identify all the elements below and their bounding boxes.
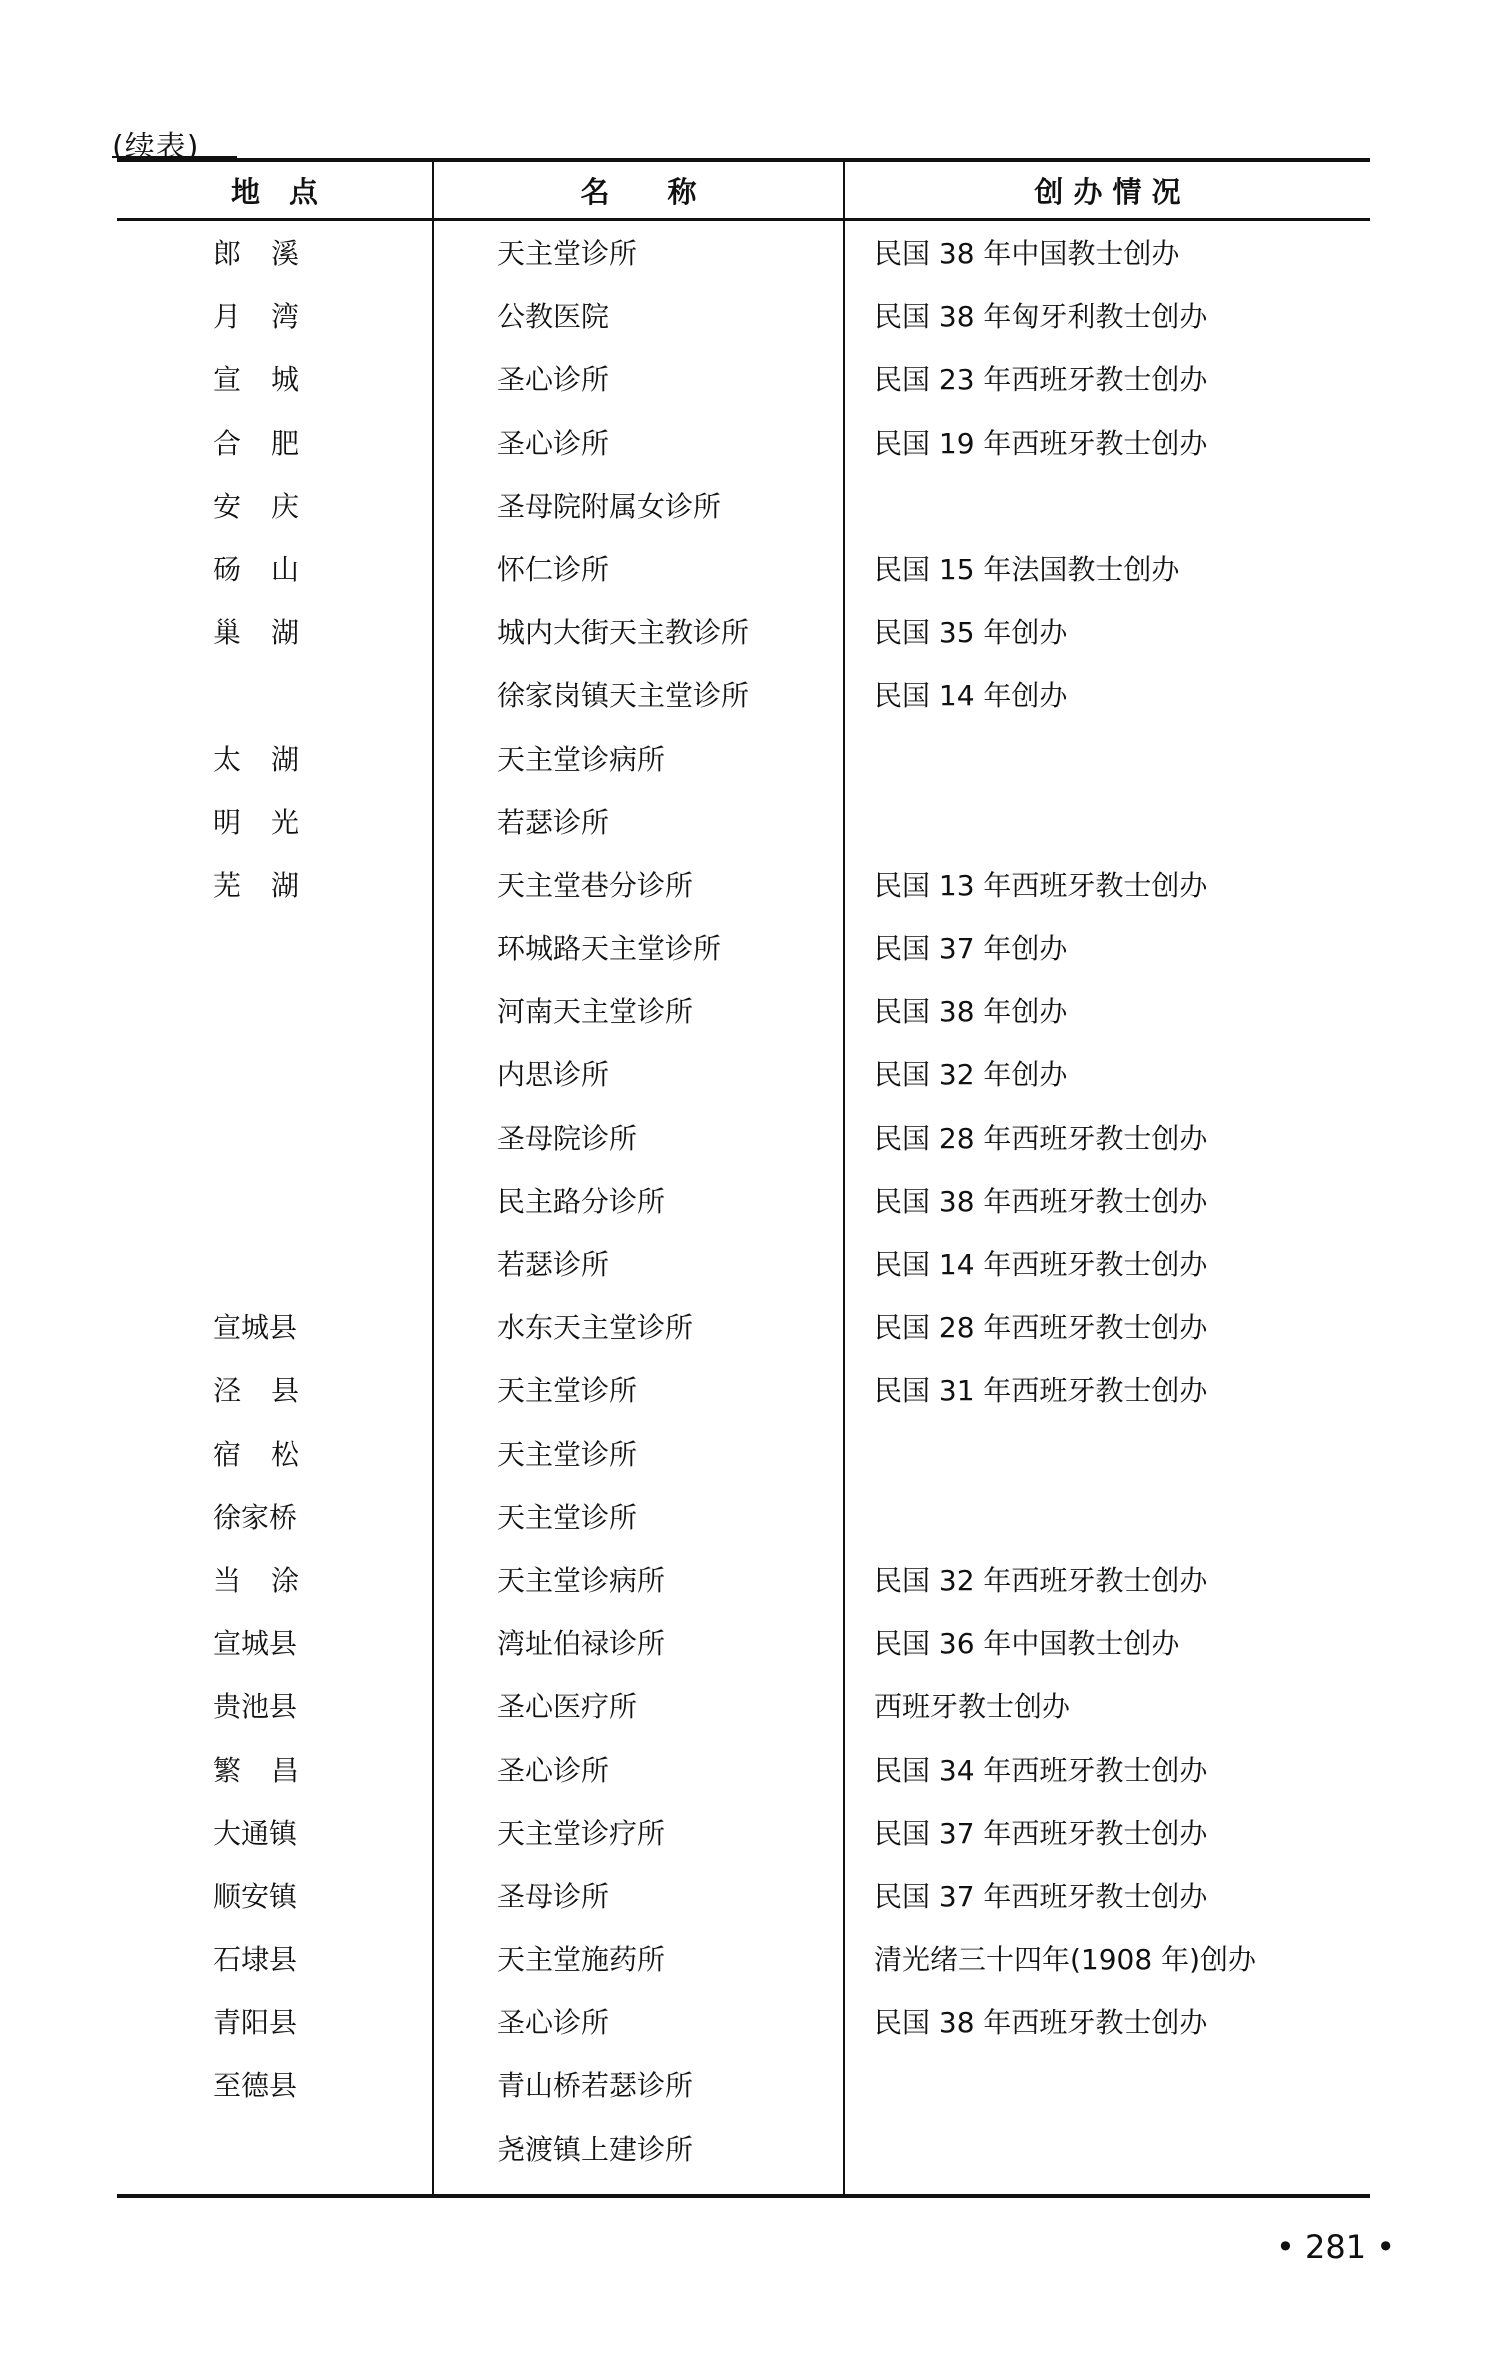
cell-founding: 民国 13 年西班牙教士创办	[874, 870, 1207, 902]
cell-founding: 民国 36 年中国教士创办	[874, 1628, 1179, 1660]
cell-place: 合肥	[213, 428, 433, 460]
cell-name: 圣心诊所	[497, 2007, 609, 2039]
cell-place: 砀山	[213, 554, 433, 586]
cell-place: 太湖	[213, 744, 433, 776]
cell-name: 圣心医疗所	[497, 1691, 637, 1723]
cell-place: 徐家桥	[213, 1502, 433, 1534]
cell-founding: 民国 23 年西班牙教士创办	[874, 364, 1207, 396]
cell-name: 水东天主堂诊所	[497, 1312, 693, 1344]
table-body: 郎溪天主堂诊所民国 38 年中国教士创办月湾公教医院民国 38 年匈牙利教士创办…	[117, 222, 1370, 2181]
table-row: 月湾公教医院民国 38 年匈牙利教士创办	[117, 285, 1370, 348]
cell-place: 宣城县	[213, 1312, 433, 1344]
table-row: 芜湖天主堂巷分诊所民国 13 年西班牙教士创办	[117, 854, 1370, 917]
table-row: 若瑟诊所民国 14 年西班牙教士创办	[117, 1233, 1370, 1296]
table-row: 至德县青山桥若瑟诊所	[117, 2054, 1370, 2117]
cell-founding: 民国 37 年西班牙教士创办	[874, 1881, 1207, 1913]
cell-founding: 民国 37 年西班牙教士创办	[874, 1818, 1207, 1850]
table-row: 石埭县天主堂施药所清光绪三十四年(1908 年)创办	[117, 1928, 1370, 1991]
cell-place: 宣城	[213, 364, 433, 396]
cell-place: 当涂	[213, 1565, 433, 1597]
cell-name: 民主路分诊所	[497, 1186, 665, 1218]
cell-name: 天主堂诊所	[497, 1375, 637, 1407]
table-row: 泾县天主堂诊所民国 31 年西班牙教士创办	[117, 1359, 1370, 1422]
cell-name: 天主堂诊所	[497, 1502, 637, 1534]
table-row: 明光若瑟诊所	[117, 791, 1370, 854]
cell-name: 徐家岗镇天主堂诊所	[497, 680, 749, 712]
cell-place: 芜湖	[213, 870, 433, 902]
cell-place: 大通镇	[213, 1818, 433, 1850]
cell-name: 天主堂诊所	[497, 238, 637, 270]
cell-name: 圣母院诊所	[497, 1123, 637, 1155]
table-row: 徐家岗镇天主堂诊所民国 14 年创办	[117, 664, 1370, 727]
cell-place: 巢湖	[213, 617, 433, 649]
table-row: 徐家桥天主堂诊所	[117, 1486, 1370, 1549]
cell-founding: 民国 38 年西班牙教士创办	[874, 1186, 1207, 1218]
table-row: 太湖天主堂诊病所	[117, 728, 1370, 791]
cell-place: 明光	[213, 807, 433, 839]
table-row: 尧渡镇上建诊所	[117, 2118, 1370, 2181]
cell-founding: 民国 15 年法国教士创办	[874, 554, 1179, 586]
cell-founding: 民国 28 年西班牙教士创办	[874, 1312, 1207, 1344]
header-founding: 创 办 情 况	[845, 172, 1370, 212]
cell-founding: 西班牙教士创办	[874, 1691, 1070, 1723]
cell-name: 圣母院附属女诊所	[497, 491, 721, 523]
cell-place: 贵池县	[213, 1691, 433, 1723]
cell-name: 天主堂巷分诊所	[497, 870, 693, 902]
cell-founding: 民国 38 年中国教士创办	[874, 238, 1179, 270]
table-row: 合肥圣心诊所民国 19 年西班牙教士创办	[117, 412, 1370, 475]
table-row: 宣城县水东天主堂诊所民国 28 年西班牙教士创办	[117, 1296, 1370, 1359]
table-row: 安庆圣母院附属女诊所	[117, 475, 1370, 538]
cell-name: 圣母诊所	[497, 1881, 609, 1913]
cell-name: 天主堂诊疗所	[497, 1818, 665, 1850]
table-row: 环城路天主堂诊所民国 37 年创办	[117, 917, 1370, 980]
cell-place: 月湾	[213, 301, 433, 333]
table-row: 内思诊所民国 32 年创办	[117, 1043, 1370, 1106]
cell-name: 圣心诊所	[497, 1755, 609, 1787]
header-name: 名 称	[434, 172, 843, 212]
table-row: 贵池县圣心医疗所西班牙教士创办	[117, 1675, 1370, 1738]
page-number: • 281 •	[1276, 2228, 1395, 2266]
header-place: 地 点	[117, 172, 432, 212]
cell-name: 公教医院	[497, 301, 609, 333]
cell-name: 天主堂诊所	[497, 1439, 637, 1471]
header-bottom-rule	[117, 218, 1370, 221]
cell-founding: 民国 37 年创办	[874, 933, 1067, 965]
table-row: 宣城县湾址伯禄诊所民国 36 年中国教士创办	[117, 1612, 1370, 1675]
table-row: 当涂天主堂诊病所民国 32 年西班牙教士创办	[117, 1549, 1370, 1612]
cell-name: 河南天主堂诊所	[497, 996, 693, 1028]
cell-name: 尧渡镇上建诊所	[497, 2134, 693, 2166]
table-row: 繁昌圣心诊所民国 34 年西班牙教士创办	[117, 1739, 1370, 1802]
cell-founding: 民国 34 年西班牙教士创办	[874, 1755, 1207, 1787]
cell-founding: 民国 14 年西班牙教士创办	[874, 1249, 1207, 1281]
cell-place: 泾县	[213, 1375, 433, 1407]
cell-place: 青阳县	[213, 2007, 433, 2039]
cell-name: 环城路天主堂诊所	[497, 933, 721, 965]
cell-founding: 民国 38 年西班牙教士创办	[874, 2007, 1207, 2039]
cell-name: 圣心诊所	[497, 428, 609, 460]
cell-place: 石埭县	[213, 1944, 433, 1976]
cell-place: 顺安镇	[213, 1881, 433, 1913]
cell-place: 宿松	[213, 1439, 433, 1471]
table-row: 巢湖城内大街天主教诊所民国 35 年创办	[117, 601, 1370, 664]
cell-founding: 民国 38 年创办	[874, 996, 1067, 1028]
cell-founding: 民国 14 年创办	[874, 680, 1067, 712]
table-row: 宿松天主堂诊所	[117, 1423, 1370, 1486]
table-row: 圣母院诊所民国 28 年西班牙教士创办	[117, 1107, 1370, 1170]
cell-founding: 民国 38 年匈牙利教士创办	[874, 301, 1207, 333]
table-row: 民主路分诊所民国 38 年西班牙教士创办	[117, 1170, 1370, 1233]
cell-founding: 民国 19 年西班牙教士创办	[874, 428, 1207, 460]
table-row: 河南天主堂诊所民国 38 年创办	[117, 980, 1370, 1043]
table-bottom-rule	[117, 2194, 1370, 2198]
cell-founding: 民国 35 年创办	[874, 617, 1067, 649]
table-row: 大通镇天主堂诊疗所民国 37 年西班牙教士创办	[117, 1802, 1370, 1865]
table-row: 宣城圣心诊所民国 23 年西班牙教士创办	[117, 348, 1370, 411]
cell-place: 安庆	[213, 491, 433, 523]
cell-founding: 民国 31 年西班牙教士创办	[874, 1375, 1207, 1407]
cell-founding: 民国 32 年创办	[874, 1059, 1067, 1091]
cell-founding: 民国 28 年西班牙教士创办	[874, 1123, 1207, 1155]
cell-place: 宣城县	[213, 1628, 433, 1660]
cell-founding: 清光绪三十四年(1908 年)创办	[874, 1944, 1256, 1976]
cell-founding: 民国 32 年西班牙教士创办	[874, 1565, 1207, 1597]
cell-name: 圣心诊所	[497, 364, 609, 396]
cell-name: 若瑟诊所	[497, 807, 609, 839]
cell-place: 郎溪	[213, 238, 433, 270]
table-row: 郎溪天主堂诊所民国 38 年中国教士创办	[117, 222, 1370, 285]
table-row: 青阳县圣心诊所民国 38 年西班牙教士创办	[117, 1991, 1370, 2054]
cell-name: 湾址伯禄诊所	[497, 1628, 665, 1660]
cell-name: 天主堂诊病所	[497, 1565, 665, 1597]
cell-name: 青山桥若瑟诊所	[497, 2070, 693, 2102]
cell-place: 繁昌	[213, 1755, 433, 1787]
cell-name: 怀仁诊所	[497, 554, 609, 586]
cell-place: 至德县	[213, 2070, 433, 2102]
cell-name: 内思诊所	[497, 1059, 609, 1091]
table-top-rule	[117, 158, 1370, 162]
cell-name: 城内大街天主教诊所	[497, 617, 749, 649]
cell-name: 天主堂诊病所	[497, 744, 665, 776]
table-row: 砀山怀仁诊所民国 15 年法国教士创办	[117, 538, 1370, 601]
cell-name: 若瑟诊所	[497, 1249, 609, 1281]
cell-name: 天主堂施药所	[497, 1944, 665, 1976]
table-row: 顺安镇圣母诊所民国 37 年西班牙教士创办	[117, 1865, 1370, 1928]
